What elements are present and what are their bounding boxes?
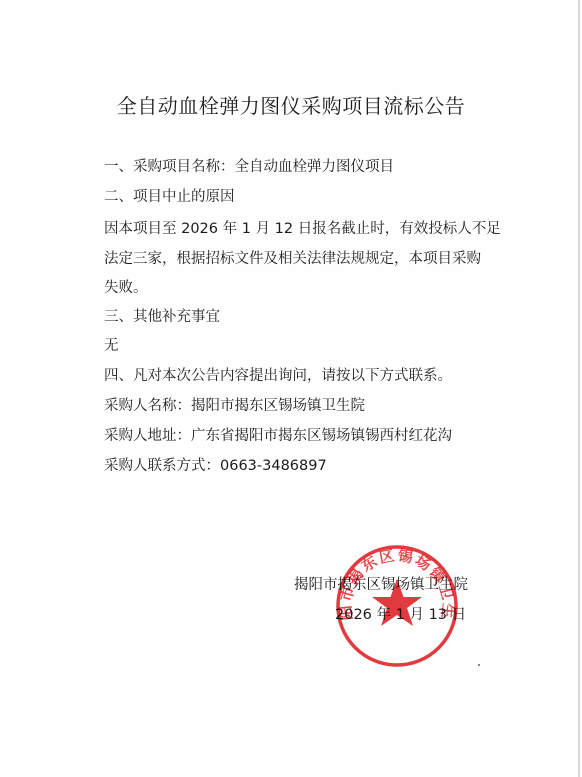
section-1-project-name: 一、采购项目名称：全自动血栓弹力图仪项目 [104,155,394,176]
section-4-heading: 四、凡对本次公告内容提出询问，请按以下方式联系。 [104,364,452,385]
section-3-heading: 三、其他补充事宜 [104,305,220,326]
document-page: 全自动血栓弹力图仪采购项目流标公告 一、采购项目名称：全自动血栓弹力图仪项目 二… [0,0,580,777]
star-icon [372,579,422,626]
purchaser-name: 采购人名称：揭阳市揭东区锡场镇卫生院 [104,394,365,415]
purchaser-contact: 采购人联系方式：0663-3486897 [104,454,327,475]
section-2-heading: 二、项目中止的原因 [104,185,235,206]
scan-speck [478,664,480,666]
reason-line-2: 法定三家，根据招标文件及相关法律法规规定，本项目采购 [104,247,481,268]
reason-line-1: 因本项目至 2026 年 1 月 12 日报名截止时，有效投标人不足 [104,217,501,238]
document-title: 全自动血栓弹力图仪采购项目流标公告 [0,90,582,119]
official-seal-stamp: 揭阳市揭东区锡场镇卫生院 [334,543,460,669]
purchaser-address: 采购人地址：广东省揭阳市揭东区锡场镇锡西村红花沟 [104,424,452,445]
reason-line-3: 失败。 [104,276,148,297]
section-3-content: 无 [104,334,119,355]
